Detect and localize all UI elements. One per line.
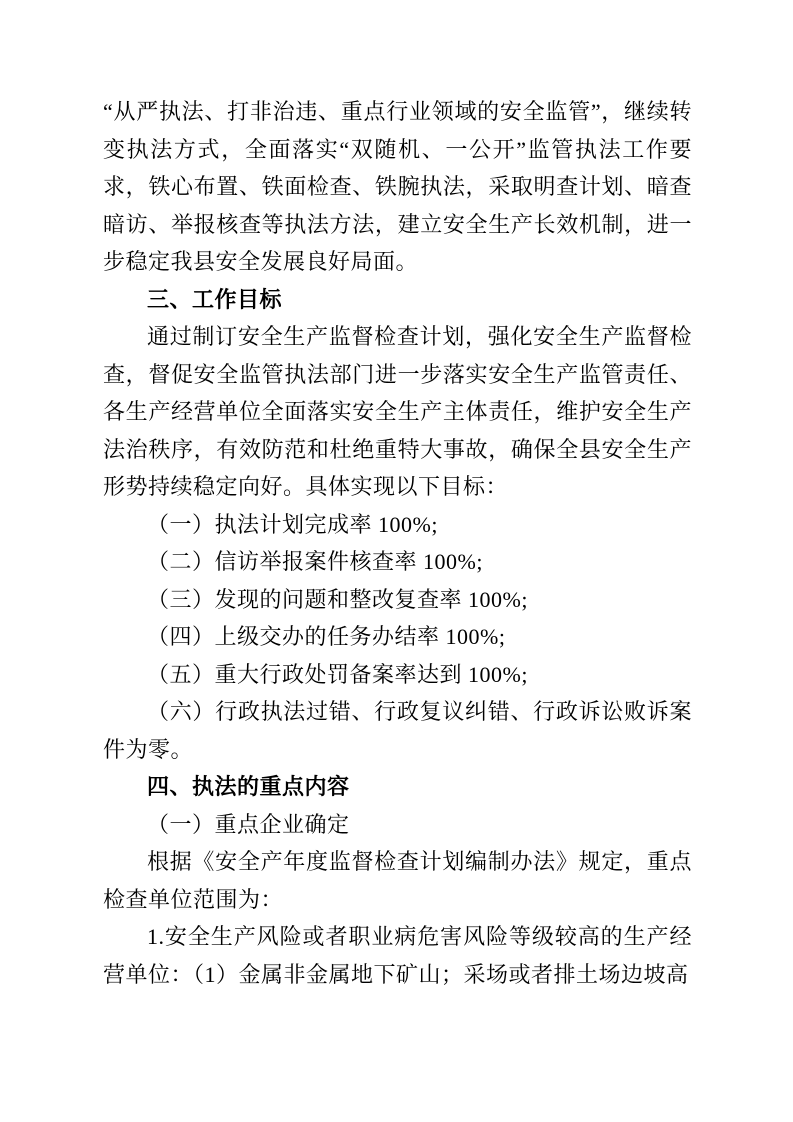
section-heading-work-goals: 三、工作目标 — [103, 281, 692, 319]
paragraph-continued-enforcement: “从严执法、打非治违、重点行业领域的安全监管”，继续转变执法方式，全面落实“双随… — [103, 93, 692, 281]
paragraph-work-goals-intro: 通过制订安全生产监督检查计划，强化安全生产监督检查，督促安全监管执法部门进一步落… — [103, 318, 692, 506]
paragraph-key-inspection-scope: 根据《安全产年度监督检查计划编制办法》规定，重点检查单位范围为： — [103, 843, 692, 918]
document-page: “从严执法、打非治违、重点行业领域的安全监管”，继续转变执法方式，全面落实“双随… — [0, 0, 793, 1122]
goal-item-4: （四）上级交办的任务办结率 100%; — [103, 618, 692, 656]
goal-item-2: （二）信访举报案件核查率 100%; — [103, 543, 692, 581]
goal-item-3: （三）发现的问题和整改复查率 100%; — [103, 581, 692, 619]
subsection-heading-key-enterprises: （一）重点企业确定 — [103, 806, 692, 844]
goal-item-6: （六）行政执法过错、行政复议纠错、行政诉讼败诉案件为零。 — [103, 693, 692, 768]
goal-item-5: （五）重大行政处罚备案率达到 100%; — [103, 656, 692, 694]
paragraph-high-risk-units: 1.安全生产风险或者职业病危害风险等级较高的生产经营单位：（1）金属非金属地下矿… — [103, 918, 692, 993]
section-heading-enforcement-key-content: 四、执法的重点内容 — [103, 768, 692, 806]
goal-item-1: （一）执法计划完成率 100%; — [103, 506, 692, 544]
document-content: “从严执法、打非治违、重点行业领域的安全监管”，继续转变执法方式，全面落实“双随… — [103, 93, 692, 993]
